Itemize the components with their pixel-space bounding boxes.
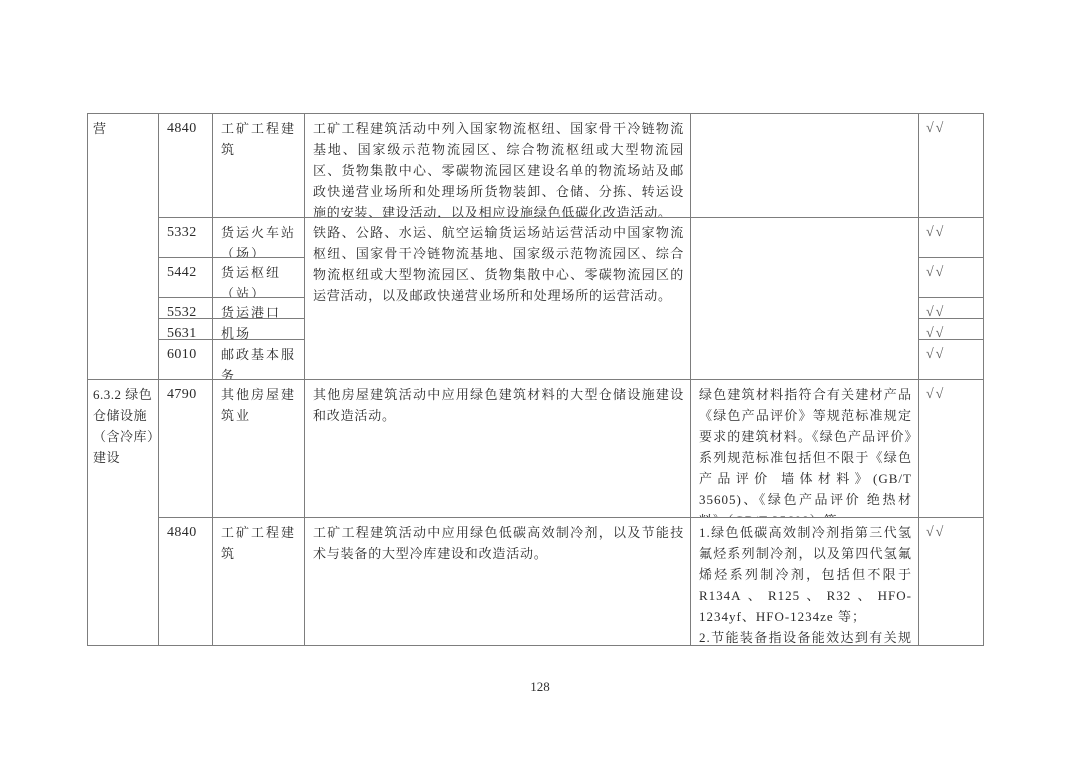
note-cell: 1.绿色低碳高效制冷剂指第三代氢氟烃系列制冷剂，以及第四代氢氟烯烃系列制冷剂，包… <box>691 518 919 646</box>
check-marks: √√ <box>919 258 984 298</box>
note-cell <box>691 218 919 380</box>
check-marks: √√ <box>919 380 984 518</box>
industry-name-cell: 邮政基本服务 <box>213 340 305 380</box>
description-cell: 铁路、公路、水运、航空运输货运场站运营活动中国家物流枢纽、国家骨干冷链物流基地、… <box>305 218 691 380</box>
description-cell: 工矿工程建筑活动中应用绿色低碳高效制冷剂，以及节能技术与装备的大型冷库建设和改造… <box>305 518 691 646</box>
industry-name-cell: 其他房屋建筑业 <box>213 380 305 518</box>
industry-code-cell: 5442 <box>159 258 213 298</box>
classification-table: 营 4840 工矿工程建筑 工矿工程建筑活动中列入国家物流枢纽、国家骨干冷链物流… <box>87 113 984 646</box>
note-cell: 绿色建筑材料指符合有关建材产品《绿色产品评价》等规范标准规定要求的建筑材料。《绿… <box>691 380 919 518</box>
industry-name-cell: 机场 <box>213 319 305 340</box>
industry-name-cell: 工矿工程建筑 <box>213 114 305 218</box>
category-cell-transport: 营 <box>88 114 159 380</box>
page-number: 128 <box>0 679 1080 695</box>
check-marks: √√ <box>919 340 984 380</box>
industry-code-cell: 4840 <box>159 518 213 646</box>
check-marks: √√ <box>919 218 984 258</box>
industry-code-cell: 5332 <box>159 218 213 258</box>
industry-code-cell: 5532 <box>159 298 213 319</box>
category-cell-632: 6.3.2 绿色仓储设施（含冷库）建设 <box>88 380 159 646</box>
industry-name-cell: 货运火车站（场） <box>213 218 305 258</box>
check-marks: √√ <box>919 319 984 340</box>
check-marks: √√ <box>919 114 984 218</box>
check-marks: √√ <box>919 298 984 319</box>
industry-code-cell: 4840 <box>159 114 213 218</box>
industry-code-cell: 5631 <box>159 319 213 340</box>
check-marks: √√ <box>919 518 984 646</box>
industry-code-cell: 6010 <box>159 340 213 380</box>
description-cell: 其他房屋建筑活动中应用绿色建筑材料的大型仓储设施建设和改造活动。 <box>305 380 691 518</box>
note-cell <box>691 114 919 218</box>
industry-code-cell: 4790 <box>159 380 213 518</box>
description-cell: 工矿工程建筑活动中列入国家物流枢纽、国家骨干冷链物流基地、国家级示范物流园区、综… <box>305 114 691 218</box>
industry-name-cell: 工矿工程建筑 <box>213 518 305 646</box>
industry-name-cell: 货运枢纽（站） <box>213 258 305 298</box>
industry-name-cell: 货运港口 <box>213 298 305 319</box>
